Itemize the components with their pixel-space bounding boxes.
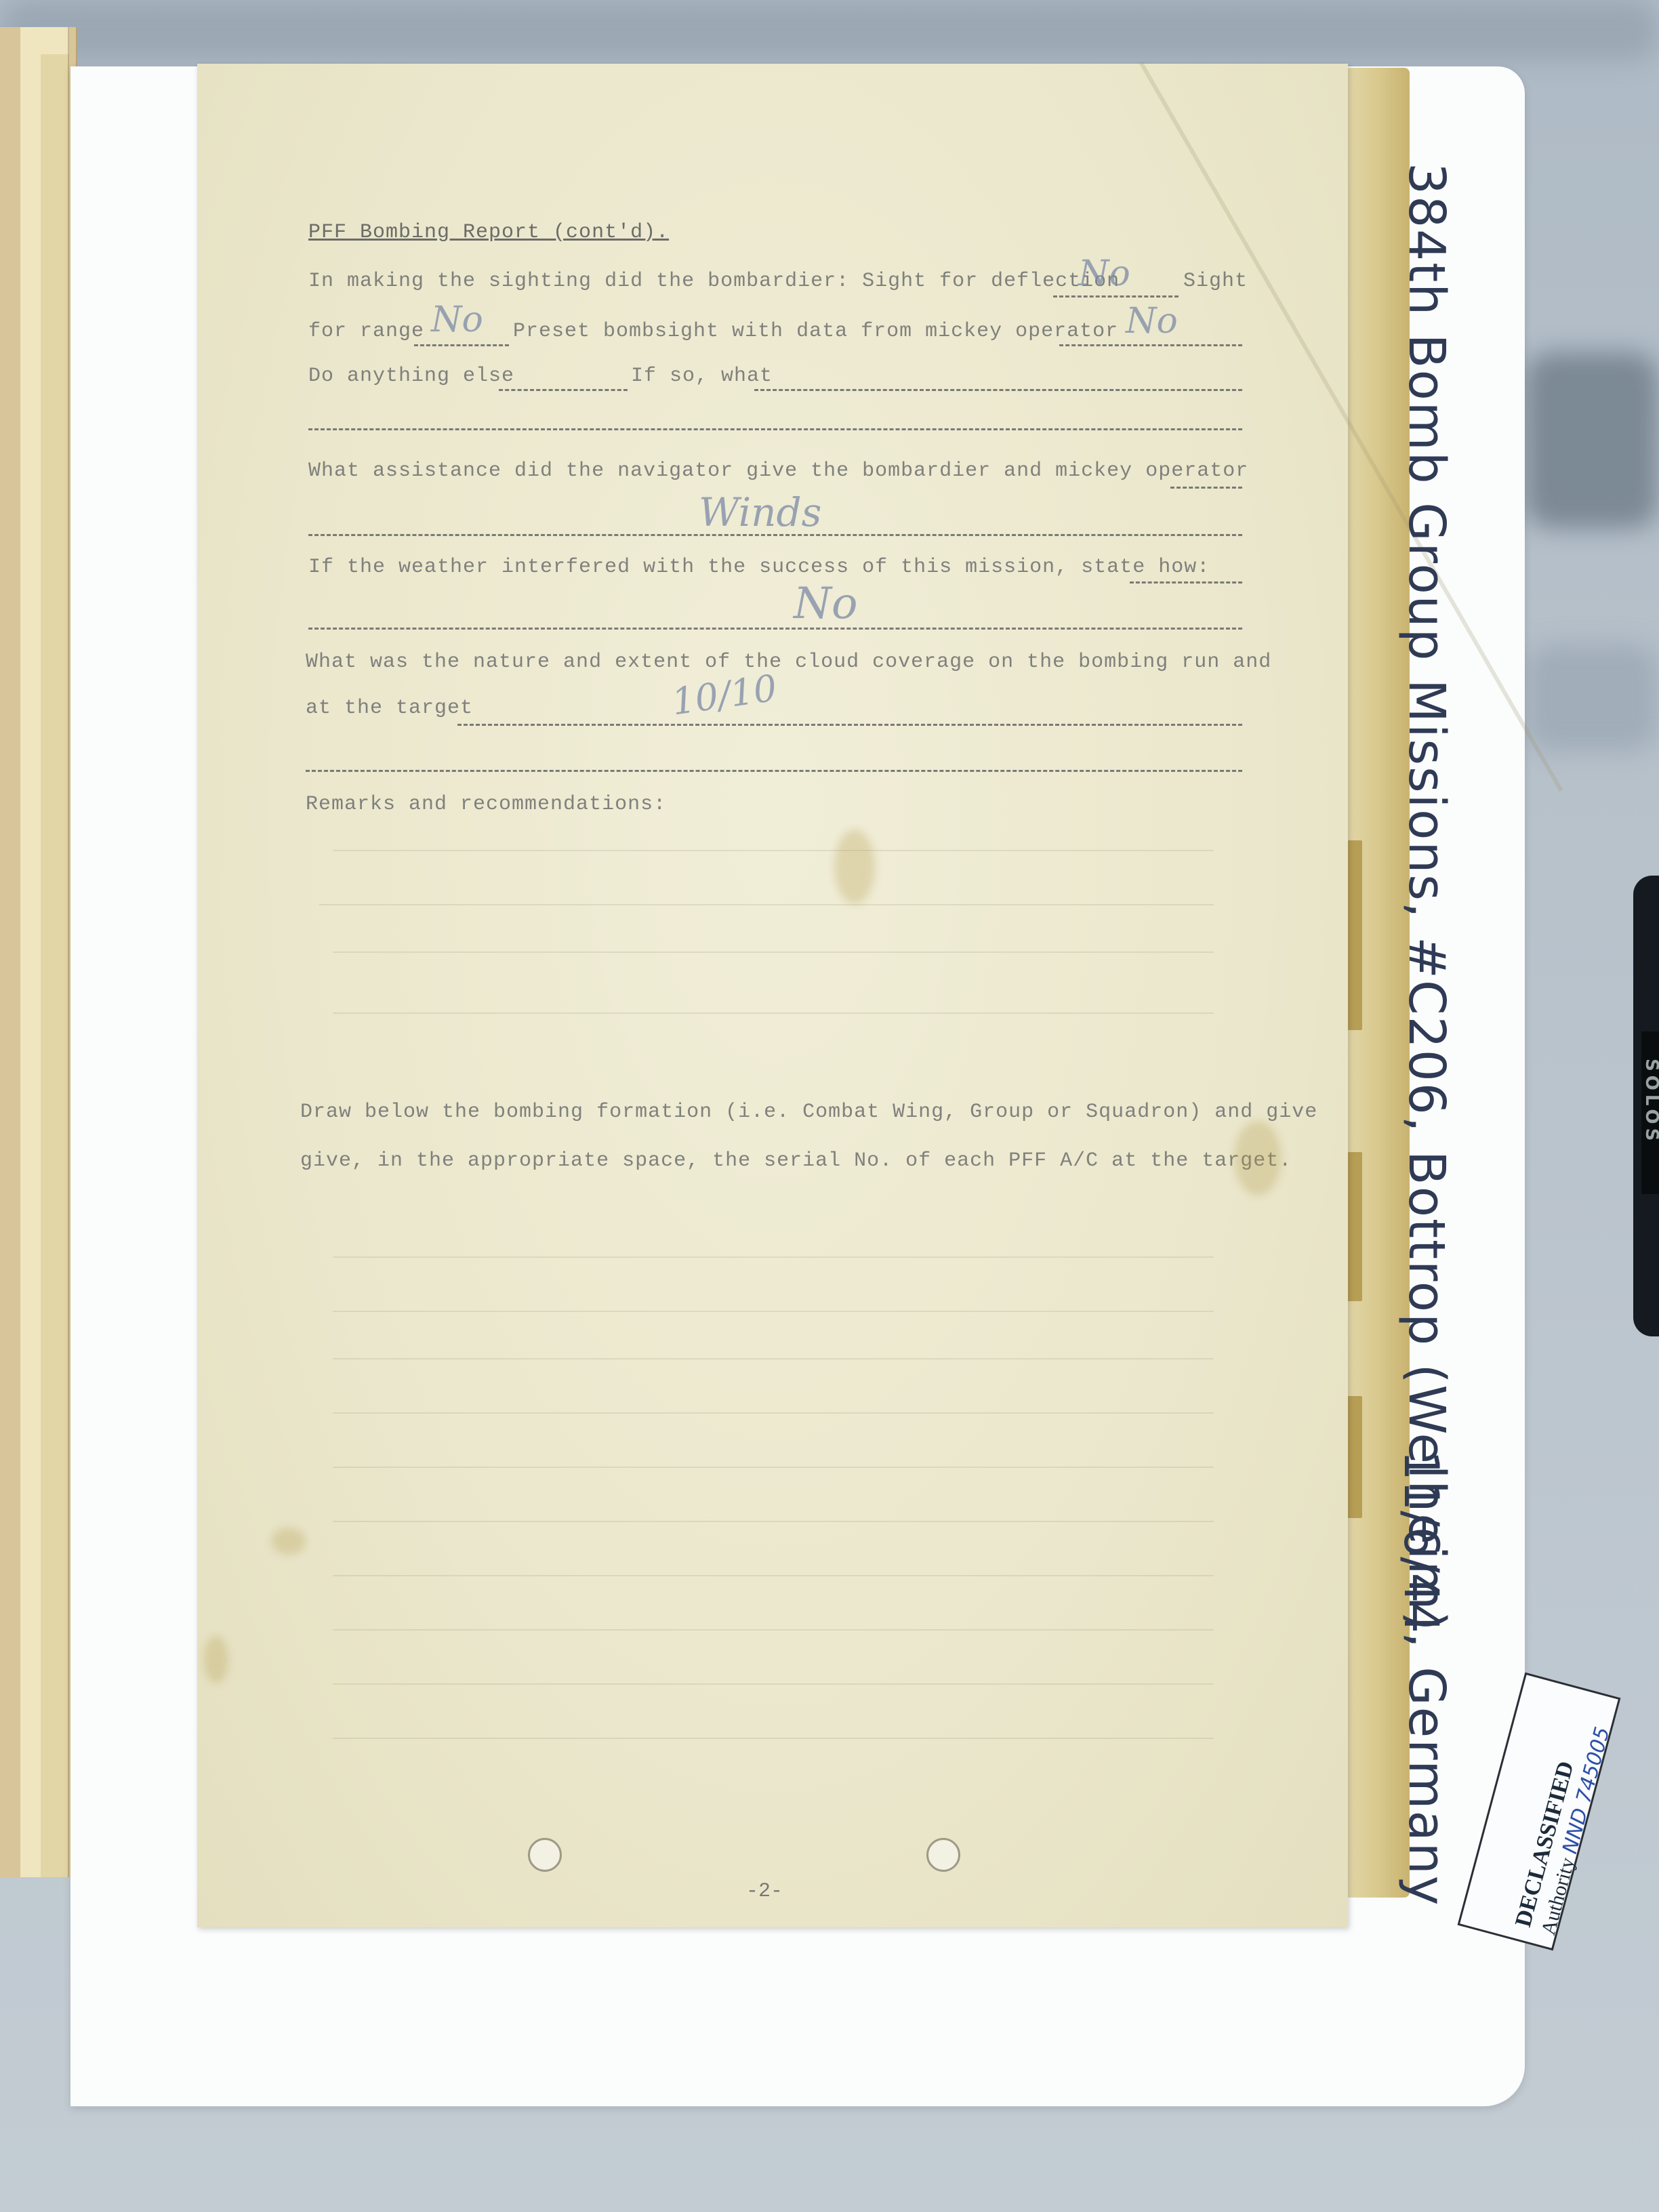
background-fabric	[0, 0, 1659, 61]
answer-line	[499, 389, 628, 391]
handwritten-answer-cloud-coverage: 10/10	[669, 666, 779, 723]
handwritten-answer-range: No	[431, 300, 483, 340]
stack-sheet	[41, 54, 69, 1877]
background-fabric-fold	[1525, 644, 1659, 752]
device-label: SOLOS	[1641, 1031, 1659, 1194]
dark-device-edge: SOLOS	[1633, 876, 1659, 1336]
q1-line1-prefix: In making the sighting did the bombardie…	[308, 270, 1120, 293]
bleed-through-text	[333, 850, 1214, 851]
answer-line	[308, 628, 1242, 630]
left-paper-stack	[0, 27, 81, 1877]
q1-line2-prefix: for range	[308, 320, 424, 343]
stain	[1234, 1121, 1282, 1195]
bleed-through-text	[333, 1256, 1214, 1258]
page-number: -2-	[746, 1880, 783, 1903]
device-label-text: SOLOS	[1641, 1059, 1659, 1145]
bleed-through-text	[333, 1311, 1214, 1312]
handwritten-answer-mickey: No	[1126, 301, 1178, 342]
answer-line	[308, 534, 1242, 536]
q4-line2: at the target	[306, 697, 473, 720]
answer-line	[1170, 487, 1242, 489]
handwritten-answer-weather: No	[794, 579, 858, 629]
q4-line1: What was the nature and extent of the cl…	[306, 651, 1271, 674]
stain	[272, 1528, 306, 1555]
q1-line3-prefix: Do anything else	[308, 365, 514, 388]
bleed-through-text	[319, 904, 1214, 905]
bleed-through-text	[333, 1629, 1214, 1631]
answer-line	[1053, 295, 1179, 298]
bleed-through-text	[333, 1467, 1214, 1468]
bleed-through-text	[333, 951, 1214, 953]
remarks-label: Remarks and recommendations:	[306, 793, 666, 816]
formation-instruction-line2: give, in the appropriate space, the seri…	[300, 1149, 1292, 1172]
bleed-through-text	[333, 1683, 1214, 1685]
stain	[834, 829, 875, 904]
punch-hole	[528, 1838, 562, 1872]
q1-line2-mid: Preset bombsight with data from mickey o…	[513, 320, 1118, 343]
q1-line1-suffix: Sight	[1183, 270, 1248, 293]
stain	[204, 1636, 228, 1683]
formation-instruction-line1: Draw below the bombing formation (i.e. C…	[300, 1101, 1317, 1124]
q2-question: What assistance did the navigator give t…	[308, 459, 1248, 483]
q1-line3-mid: If so, what	[631, 365, 773, 388]
answer-line	[308, 428, 1242, 430]
answer-line	[457, 724, 1242, 726]
document-page: PFF Bombing Report (cont'd). In making t…	[197, 64, 1348, 1927]
bleed-through-text	[333, 1012, 1214, 1014]
q3-question: If the weather interfered with the succe…	[308, 556, 1210, 579]
answer-line	[1059, 344, 1242, 346]
answer-line	[306, 770, 1242, 772]
handwritten-date: 11/6/44	[1393, 1450, 1449, 1633]
bleed-through-text	[333, 1575, 1214, 1576]
bleed-through-text	[333, 1358, 1214, 1359]
answer-line	[1130, 581, 1242, 583]
bleed-through-text	[333, 1738, 1214, 1739]
answer-line	[414, 344, 509, 346]
bleed-through-text	[333, 1521, 1214, 1522]
handwritten-answer-deflection: No	[1078, 253, 1130, 294]
handwritten-folder-annotation: 384th Bomb Group Missions, #C206, Bottro…	[1397, 163, 1456, 1906]
punch-hole	[926, 1838, 960, 1872]
bleed-through-text	[333, 1412, 1214, 1414]
handwritten-answer-navigator: Winds	[699, 489, 821, 535]
form-header: PFF Bombing Report (cont'd).	[308, 221, 669, 244]
answer-line	[754, 389, 1242, 391]
background-fabric-fold	[1525, 352, 1659, 529]
